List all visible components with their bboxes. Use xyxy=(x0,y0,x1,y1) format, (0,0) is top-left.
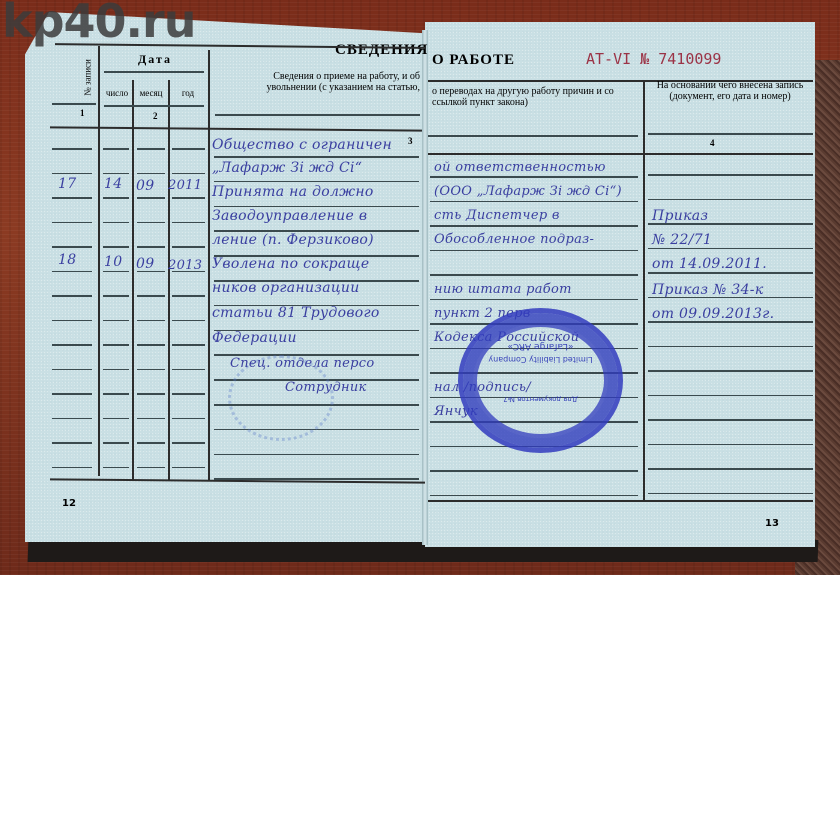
ruled-line xyxy=(103,222,129,224)
entry-17-text-cont: (ООО „Лафарж Зі жд Сі“) xyxy=(434,184,622,199)
ruled-line xyxy=(52,344,92,346)
entry-18-text-cont: нию штата работ xyxy=(434,282,572,297)
ruled-line xyxy=(648,199,813,201)
ruled-line xyxy=(52,369,92,371)
stamp-line-1: «Lafarge ARC» xyxy=(463,341,618,351)
entry-17-text-cont: ой ответственностью xyxy=(434,160,606,175)
header-month: месяц xyxy=(135,88,167,99)
ruled-line xyxy=(52,173,92,175)
header-info: Сведения о приеме на работу, и об увольн… xyxy=(235,71,420,93)
ruled-line xyxy=(648,370,813,372)
ruled-line xyxy=(52,320,92,322)
ruled-line xyxy=(137,344,165,346)
header-bottom-border-right xyxy=(428,153,813,155)
col-divider-2 xyxy=(208,50,210,480)
ruled-line xyxy=(52,222,92,224)
ruled-line xyxy=(172,295,205,297)
ruled-line xyxy=(137,393,165,395)
entry-17-basis: Приказ xyxy=(652,208,708,224)
ruled-line xyxy=(103,442,129,444)
entry-18-day: 10 xyxy=(104,254,122,270)
col-divider-day xyxy=(132,80,134,480)
ruled-line xyxy=(648,395,813,397)
document-title-part2: О РАБОТЕ xyxy=(432,52,515,69)
ruled-line xyxy=(648,174,813,176)
ruled-line xyxy=(137,467,165,469)
ruled-line xyxy=(648,272,813,274)
ruled-line xyxy=(214,206,419,208)
watermark: kp40.ru xyxy=(2,0,195,48)
ruled-line xyxy=(137,369,165,371)
entry-17-text-line: „Лафарж Зі жд Сі“ xyxy=(212,160,362,176)
ruled-line xyxy=(137,320,165,322)
table-bottom-border-right xyxy=(428,500,813,502)
entry-17-basis: от 14.09.2011. xyxy=(652,256,767,272)
header-record-no: № записи xyxy=(83,48,94,108)
ruled-line xyxy=(103,320,129,322)
entry-18-text-line: статьи 81 Трудового xyxy=(212,305,380,321)
info-header-underline xyxy=(215,114,420,116)
entry-18-basis: Приказ № 34-к xyxy=(652,282,763,298)
book-gutter xyxy=(422,30,428,545)
ruled-line xyxy=(137,173,165,175)
ruled-line xyxy=(648,493,813,495)
ruled-line xyxy=(172,393,205,395)
ruled-line xyxy=(52,393,92,395)
ruled-line xyxy=(103,467,129,469)
entry-18-record-no: 18 xyxy=(58,252,76,268)
ruled-line xyxy=(52,148,92,150)
ruled-line xyxy=(430,250,638,252)
entry-18-month: 09 xyxy=(136,256,154,272)
ruled-line xyxy=(103,173,129,175)
header-year: год xyxy=(172,88,204,99)
col-divider-month xyxy=(168,80,170,480)
entry-18-text-line: ников организации xyxy=(212,280,360,296)
organization-stamp: «Lafarge ARC» Limited Liability Company … xyxy=(458,308,623,453)
ruled-line xyxy=(52,197,92,199)
ruled-line xyxy=(103,148,129,150)
ruled-line xyxy=(103,246,129,248)
ruled-line xyxy=(137,442,165,444)
date-subheader-underline xyxy=(104,105,204,107)
ruled-line xyxy=(137,295,165,297)
ruled-line xyxy=(103,197,129,199)
entry-18-text-line: Сотрудник xyxy=(285,380,367,395)
header-date: Дата xyxy=(120,54,190,65)
entry-17-text-cont: сть Диспетчер в xyxy=(434,208,560,223)
entry-18-text-line: Уволена по сокраще xyxy=(212,256,369,272)
entry-18-text-line: Спец. отдела персо xyxy=(230,356,375,371)
ruled-line xyxy=(52,295,92,297)
header-underline-right xyxy=(428,135,638,137)
entry-17-basis: № 22/71 xyxy=(652,232,712,248)
col-divider-1 xyxy=(98,46,100,476)
page-number-right: 13 xyxy=(765,518,779,529)
entry-17-text-cont: Обособленное подраз- xyxy=(434,232,594,247)
ruled-line xyxy=(103,344,129,346)
column-number-4: 4 xyxy=(710,138,715,148)
ruled-line xyxy=(172,320,205,322)
entry-17-text-line: Принята на должно xyxy=(212,184,374,200)
col-divider-3 xyxy=(643,80,645,500)
ruled-line xyxy=(172,418,205,420)
ruled-line xyxy=(52,271,92,273)
ruled-line xyxy=(648,468,813,470)
ruled-line xyxy=(137,197,165,199)
column-number-1: 1 xyxy=(80,108,85,118)
page-number-left: 12 xyxy=(62,498,76,509)
ruled-line xyxy=(648,419,813,421)
ruled-line xyxy=(52,418,92,420)
entry-17-record-no: 17 xyxy=(58,176,76,192)
ruled-line xyxy=(214,156,419,158)
document-title-part1: СВЕДЕНИЯ xyxy=(335,42,428,59)
header-basis: На основании чего внесена запись (докуме… xyxy=(655,80,805,102)
ruled-line xyxy=(137,246,165,248)
ruled-line xyxy=(430,495,638,497)
entry-17-month: 09 xyxy=(136,178,154,194)
entry-17-text-line: ление (п. Ферзиково) xyxy=(212,232,374,248)
date-header-underline xyxy=(104,71,204,73)
ruled-line xyxy=(172,197,205,199)
entry-18-text-line: Федерации xyxy=(212,330,297,346)
column-number-3: 3 xyxy=(408,136,413,146)
ruled-line xyxy=(172,148,205,150)
ruled-line xyxy=(103,418,129,420)
ruled-line xyxy=(648,444,813,446)
ruled-line xyxy=(103,393,129,395)
header-info-cont: о переводах на другую работу причин и со… xyxy=(432,86,642,108)
ruled-line xyxy=(214,181,419,183)
ruled-line xyxy=(137,148,165,150)
ruled-line xyxy=(103,295,129,297)
ruled-line xyxy=(172,173,205,175)
entry-18-basis: от 09.09.2013г. xyxy=(652,306,774,322)
ruled-line xyxy=(172,246,205,248)
ruled-line xyxy=(430,201,638,203)
ruled-line xyxy=(172,442,205,444)
ruled-line xyxy=(52,442,92,444)
ruled-line xyxy=(214,454,419,456)
ruled-line xyxy=(172,344,205,346)
serial-number: АТ-VI № 7410099 xyxy=(586,50,721,68)
ruled-line xyxy=(430,470,638,472)
entry-17-text-line: Заводоуправление в xyxy=(212,208,367,224)
ruled-line xyxy=(430,225,638,227)
ruled-line xyxy=(430,176,638,178)
stamp-line-2: Limited Liability Company xyxy=(463,355,618,364)
ruled-line xyxy=(172,369,205,371)
ruled-line xyxy=(172,467,205,469)
ruled-line xyxy=(430,274,638,276)
ruled-line xyxy=(52,467,92,469)
stamp-line-3: Для документов №7 xyxy=(463,395,618,403)
ruled-line xyxy=(52,246,92,248)
header-underline-basis xyxy=(648,133,813,135)
header-day: число xyxy=(102,88,132,99)
column-number-2: 2 xyxy=(153,111,158,121)
entry-18-year: 2013 xyxy=(168,258,202,273)
entry-17-day: 14 xyxy=(104,176,122,192)
ruled-line xyxy=(103,271,129,273)
entry-17-year: 2011 xyxy=(168,178,202,193)
ruled-line xyxy=(103,369,129,371)
ruled-line xyxy=(214,478,419,480)
ruled-line xyxy=(648,346,813,348)
ruled-line xyxy=(137,418,165,420)
ruled-line xyxy=(430,299,638,301)
ruled-line xyxy=(172,222,205,224)
ruled-line xyxy=(137,222,165,224)
entry-17-text-line: Общество с ограничен xyxy=(212,137,392,153)
